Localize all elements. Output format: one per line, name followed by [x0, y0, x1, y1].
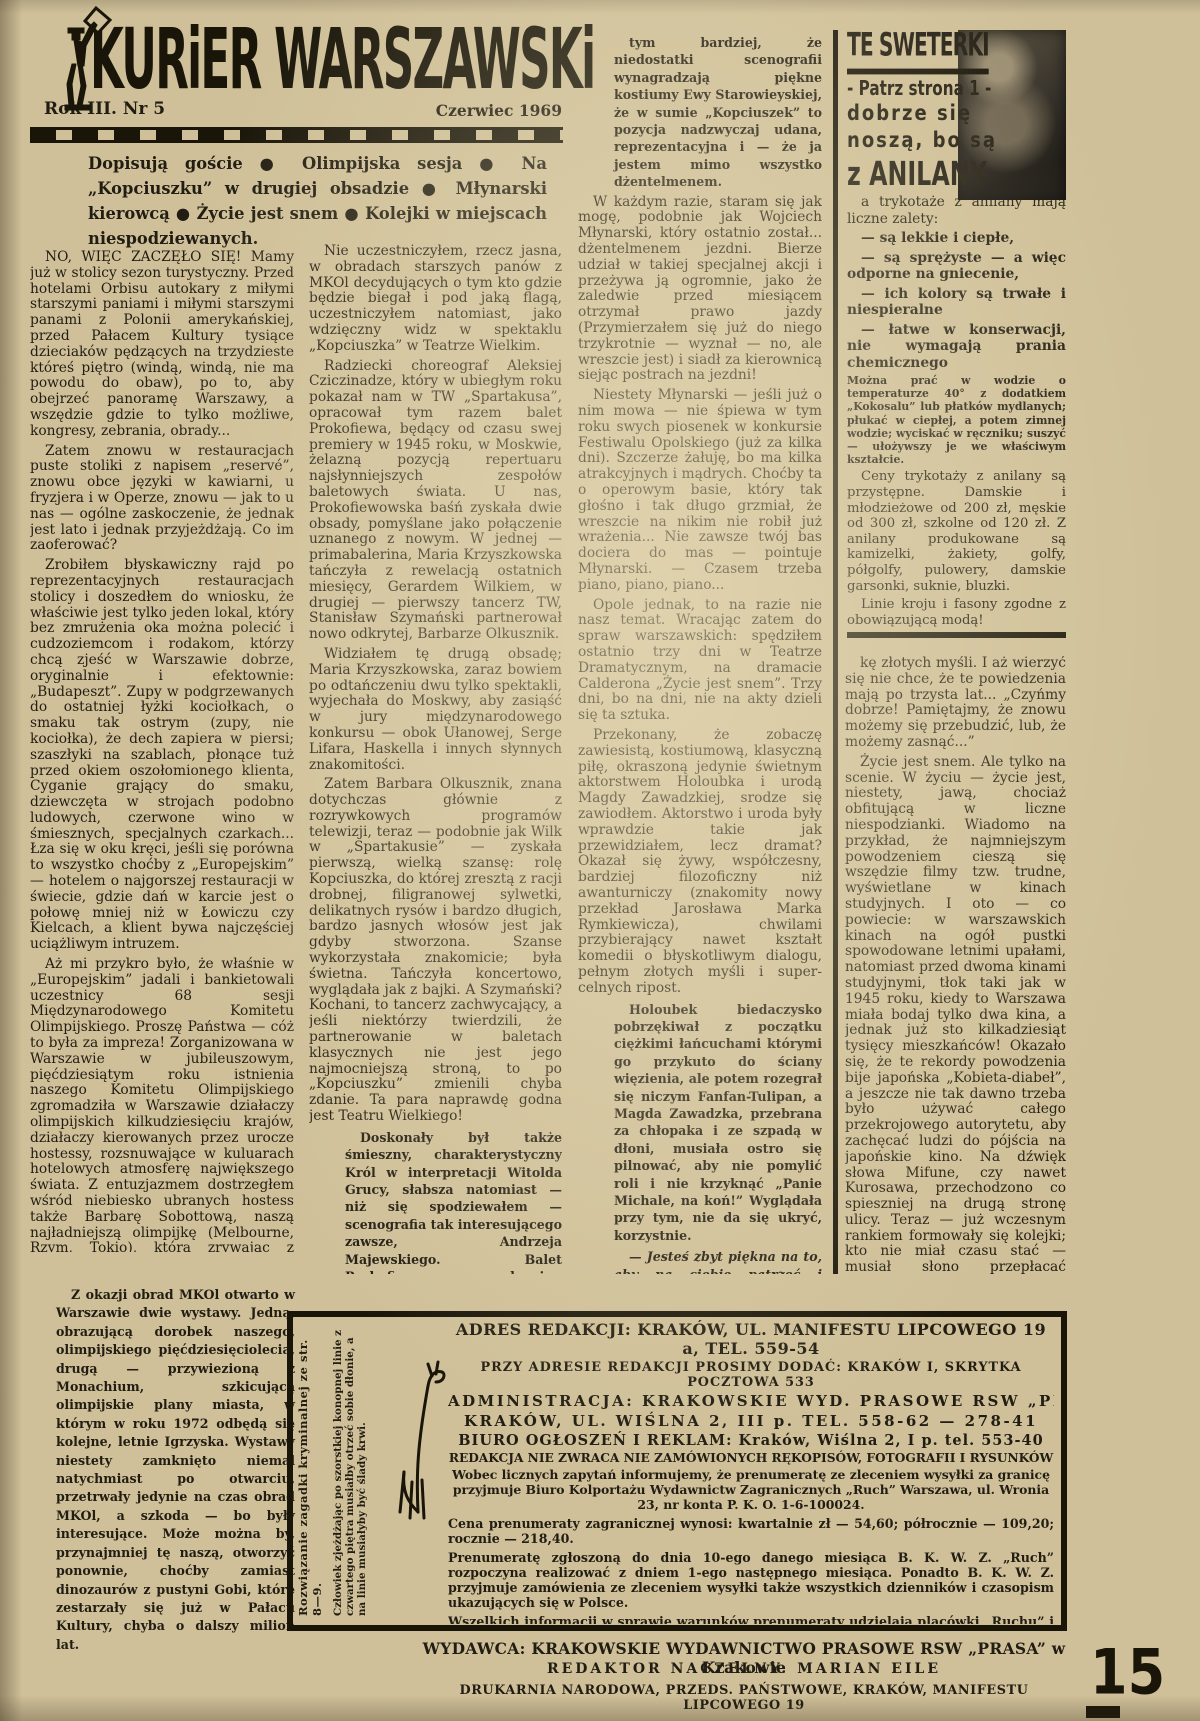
- paragraph: Zatem znowu w restauracjach puste stolik…: [30, 444, 294, 555]
- paragraph: Aż mi przykro było, że właśnie w „Europe…: [30, 957, 294, 1252]
- paragraph: Wszelkich informacji w sprawie warunków …: [448, 1614, 1054, 1624]
- paragraph: Wobec licznych zapytań informujemy, że p…: [448, 1467, 1054, 1512]
- page-number: 15: [1090, 1636, 1165, 1708]
- paragraph: Niestety Młynarski — jeśli już o nim mow…: [578, 388, 822, 593]
- imprint-text: ADRES REDAKCJI: KRAKÓW, UL. MANIFESTU LI…: [448, 1320, 1054, 1624]
- paragraph: Holoubek biedaczysko pobrzękiwał z począ…: [614, 1001, 822, 1245]
- paragraph: ADRES REDAKCJI: KRAKÓW, UL. MANIFESTU LI…: [448, 1320, 1054, 1358]
- paragraph: — są lekkie i ciepłe,: [847, 230, 1066, 247]
- column-4: kę złotych myśli. I aż wierzyć się nie c…: [845, 656, 1066, 1274]
- column-1: NO, WIĘC ZACZĘŁO SIĘ! Mamy już w stolicy…: [30, 250, 294, 1252]
- editor-line: REDAKTOR NACZELNY: MARIAN EILE: [420, 1661, 1068, 1677]
- lead-summary: Dopisują goście ● Olimpijska sesja ● Na …: [88, 151, 547, 251]
- column-1-note: Z okazji obrad MKOl otwarto w Warszawie …: [56, 1286, 295, 1648]
- paragraph: KRAKÓW, UL. WIŚLNA 2, III p. TEL. 558-62…: [448, 1412, 1054, 1430]
- ad-headline-line1: dobrze się: [847, 101, 1066, 126]
- paragraph: Prenumeratę zgłoszoną do dnia 10-ego dan…: [448, 1550, 1054, 1610]
- masthead-logo: KURiER WARSZAWSKi: [90, 12, 493, 174]
- paragraph: — Jesteś zbyt piękna na to, aby na ciebi…: [614, 1248, 822, 1274]
- paragraph: ADMINISTRACJA: KRAKOWSKIE WYD. PRASOWE R…: [448, 1392, 1054, 1410]
- paragraph: Zatem Barbara Olkusznik, znana dotychcza…: [309, 777, 562, 1125]
- paragraph: Życie jest snem. Ale tylko na scenie. W …: [845, 755, 1066, 1274]
- paragraph: W każdym razie, staram się jak mogę, pod…: [578, 195, 822, 385]
- paragraph: Ceny trykotaży z anilany są przystępne. …: [847, 469, 1066, 594]
- paragraph: NO, WIĘC ZACZĘŁO SIĘ! Mamy już w stolicy…: [30, 250, 294, 440]
- paragraph: Cena prenumeraty zagranicznej wynosi: kw…: [448, 1516, 1054, 1546]
- messenger-figure-icon: [60, 6, 112, 114]
- anilana-ad: TE SWETERKI - Patrz strona 1 - dobrze si…: [847, 28, 1066, 638]
- vertical-riddle-answer: Człowiek zjeżdżając po szorstkiej konopn…: [332, 1328, 388, 1616]
- printer-line: DRUKARNIA NARODOWA, PRZEDS. PAŃSTWOWE, K…: [420, 1683, 1068, 1713]
- paragraph: Zrobiłem błyskawiczny rajd po reprezenta…: [30, 558, 294, 953]
- paragraph: Radziecki choreograf Aleksiej Cziczinadz…: [309, 359, 562, 643]
- column-2: Nie uczestniczyłem, rzecz jasna, w obrad…: [309, 244, 562, 1274]
- paragraph: Nie uczestniczyłem, rzecz jasna, w obrad…: [309, 244, 562, 355]
- paragraph: No i to też ważne: MOLE nie lubią anilan…: [847, 631, 1066, 638]
- newspaper-page: KURiER WARSZAWSKi Rok III. Nr 5 Czerwiec…: [0, 0, 1200, 1721]
- paragraph: REDAKCJA NIE ZWRACA NIE ZAMÓWIONYCH RĘKO…: [448, 1451, 1054, 1465]
- paragraph: tym bardziej, że niedostatki scenografii…: [614, 34, 822, 191]
- paragraph: kę złotych myśli. I aż wierzyć się nie c…: [845, 656, 1066, 751]
- paragraph: Można prać w wodzie o temperaturze 40° z…: [847, 374, 1066, 466]
- column-3: tym bardziej, że niedostatki scenografii…: [578, 34, 822, 1274]
- paragraph: Przekonany, że zobaczę zawiesistą, kosti…: [578, 728, 822, 997]
- paragraph: Linie kroju i fasony zgodne z obowiązują…: [847, 597, 1066, 628]
- dashed-rule: [30, 127, 563, 143]
- ad-body: a trykotaże z anilany mają liczne zalety…: [847, 194, 1066, 638]
- paragraph: Z okazji obrad MKOl otwarto w Warszawie …: [56, 1286, 295, 1654]
- vertical-riddle-title: Rozwiązanie zagadki kryminalnej ze str. …: [296, 1328, 330, 1616]
- column-divider-rule: [833, 30, 838, 1274]
- paragraph: BIURO OGŁOSZEŃ I REKLAM: Kraków, Wiślna …: [448, 1432, 1054, 1449]
- registration-mark: [1086, 1706, 1120, 1718]
- paragraph: — są sprężyste — a więc odporne na gniec…: [847, 250, 1066, 283]
- paragraph: Opole jednak, to na razie nie nasz temat…: [578, 598, 822, 724]
- paragraph: — łatwe w konserwacji, nie wymagają pran…: [847, 322, 1066, 372]
- ad-title: TE SWETERKI: [847, 28, 989, 74]
- ad-brand: z ANILANY: [847, 155, 1055, 193]
- paragraph: PRZY ADRESIE REDAKCJI PROSIMY DODAĆ: KRA…: [448, 1360, 1054, 1390]
- paragraph: Widziałem tę drugą obsadę; Maria Krzyszk…: [309, 647, 562, 773]
- paragraph: — ich kolory są trwałe i niespieralne: [847, 286, 1066, 319]
- giraffe-drawing-icon: [388, 1352, 450, 1522]
- ad-see-page: - Patrz strona 1 -: [847, 76, 1055, 100]
- ad-headline-line2: noszą, bo są: [847, 128, 1066, 153]
- paragraph: Doskonały był także śmieszny, charaktery…: [345, 1129, 562, 1274]
- issue-date: Czerwiec 1969: [420, 101, 562, 120]
